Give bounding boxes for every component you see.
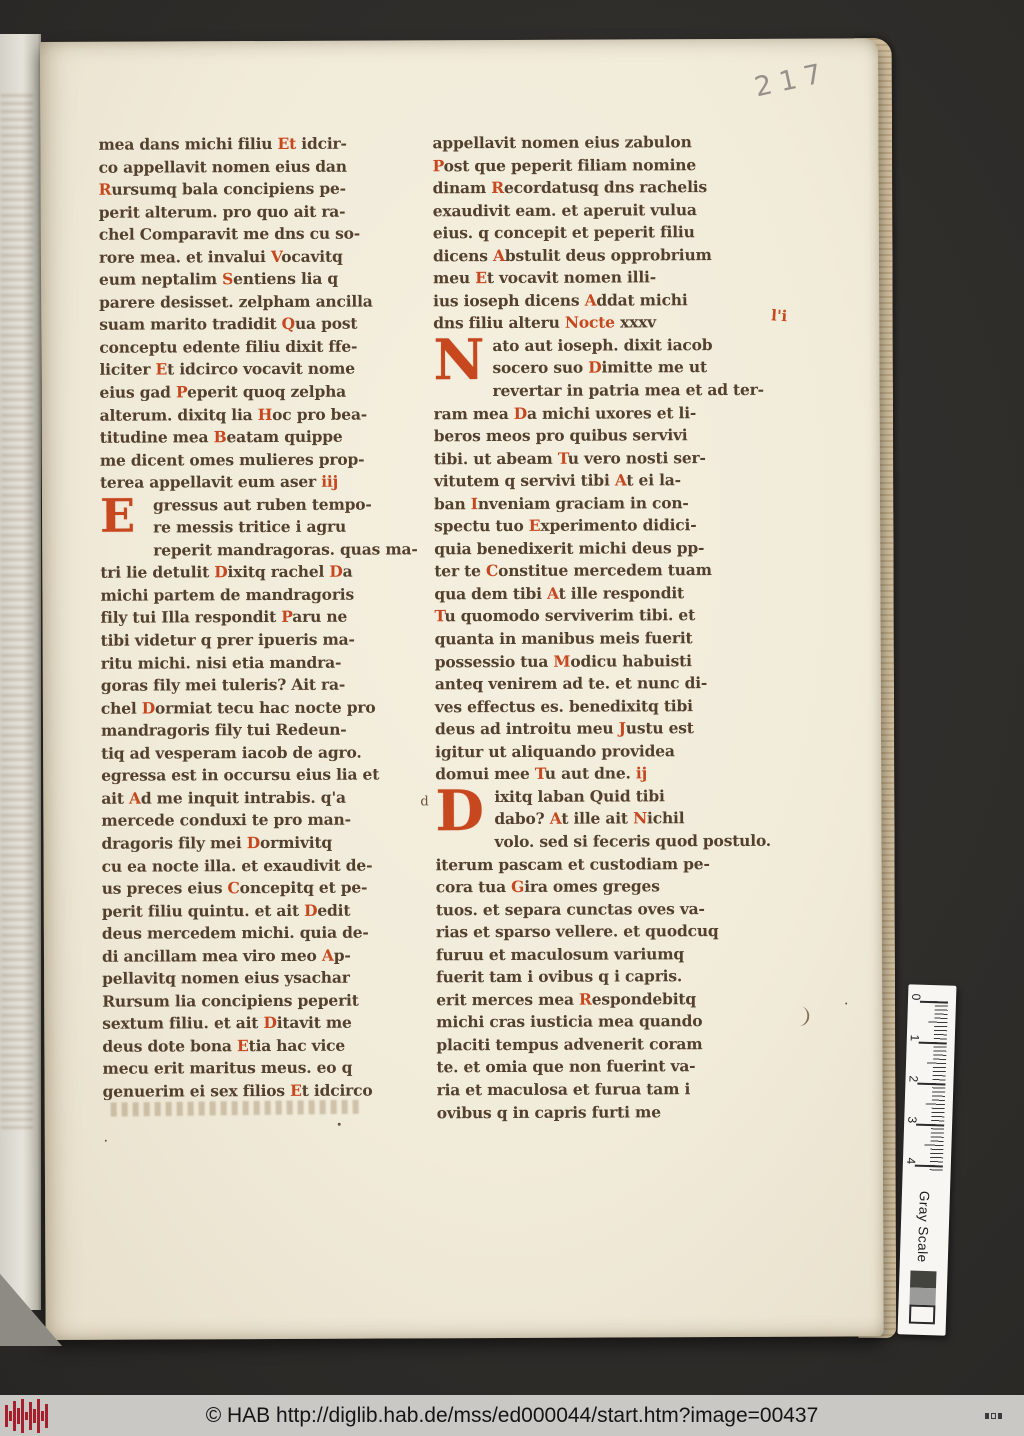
manuscript-line: rore mea. et invalui Vocavitq bbox=[99, 245, 413, 269]
text-block: mea dans michi filiu Et idcir-co appella… bbox=[98, 132, 414, 494]
manuscript-line: rias et sparso vellere. et quodcuq bbox=[436, 920, 772, 944]
manuscript-line: iterum pascam et custodiam pe- bbox=[436, 852, 772, 876]
rubricated-text: A bbox=[493, 246, 505, 265]
manuscript-line: quia benedixerit michi deus pp- bbox=[434, 537, 770, 561]
registration-bar bbox=[45, 1404, 48, 1428]
ruler-tick-number: 0 bbox=[909, 993, 923, 1000]
ink-speck bbox=[338, 1123, 341, 1126]
manuscript-line: dinam Recordatusq dns rachelis bbox=[433, 176, 769, 200]
manuscript-line: erit merces mea Respondebitq bbox=[436, 988, 772, 1012]
manuscript-line: pellavitq nomen eius ysachar bbox=[102, 967, 416, 991]
illuminated-initial: E bbox=[100, 497, 146, 540]
registration-bar bbox=[21, 1399, 24, 1433]
manuscript-line: ovibus q in capris furti me bbox=[437, 1100, 773, 1124]
manuscript-line: perit filiu quintu. et ait Dedit bbox=[102, 899, 416, 923]
registration-bar bbox=[25, 1412, 28, 1420]
rubricated-text: N bbox=[633, 809, 647, 828]
manuscript-line: di ancillam mea viro meo Ap- bbox=[102, 944, 416, 968]
gray-scale-ruler: Gray Scale 01234 bbox=[898, 984, 957, 1335]
rubricated-text: J bbox=[619, 719, 626, 738]
manuscript-line: deus mercedem michi. quia de- bbox=[102, 922, 416, 946]
registration-bar bbox=[41, 1411, 44, 1421]
manuscript-line: michi partem de mandragoris bbox=[100, 583, 414, 607]
rubricated-text: D bbox=[329, 562, 342, 581]
rubricated-text: A bbox=[550, 809, 562, 828]
manuscript-line: tibi. ut abeam Tu vero nosti ser- bbox=[434, 446, 770, 470]
manuscript-line: reperit mandragoras. quas ma- bbox=[100, 538, 414, 562]
manuscript-line: Post que peperit filiam nomine bbox=[432, 153, 768, 177]
text-block: dDixitq laban Quid tibidabo? At ille ait… bbox=[435, 785, 772, 1125]
manuscript-line: ait Ad me inquit intrabis. q'a bbox=[101, 786, 415, 810]
manuscript-line: co appellavit nomen eius dan bbox=[98, 155, 412, 179]
manuscript-line: domui mee Tu aut dne. ij bbox=[435, 762, 771, 786]
left-text-column: mea dans michi filiu Et idcir-co appella… bbox=[98, 132, 416, 1103]
ink-speck bbox=[105, 1140, 107, 1142]
rubricated-text: A bbox=[615, 471, 627, 490]
manuscript-line: ritu michi. nisi etia mandra- bbox=[101, 651, 415, 675]
registration-bar bbox=[37, 1399, 40, 1433]
manuscript-line: ius ioseph dicens Addat michi bbox=[433, 289, 769, 313]
registration-bar bbox=[17, 1408, 20, 1424]
manuscript-line: eum neptalim Sentiens lia q bbox=[99, 268, 413, 292]
rubricated-text: D bbox=[588, 358, 601, 377]
ink-speck bbox=[845, 1002, 847, 1004]
rubricated-text: D bbox=[247, 833, 260, 852]
rubricated-text: iij bbox=[321, 472, 338, 491]
gray-scale-swatch bbox=[909, 1288, 936, 1306]
manuscript-line: te. et omia que non fuerint va- bbox=[436, 1055, 772, 1079]
manuscript-line: igitur ut aliquando providea bbox=[435, 740, 771, 764]
manuscript-line: ban Inveniam graciam in con- bbox=[434, 492, 770, 516]
rubricated-text: Q bbox=[282, 314, 295, 333]
manuscript-line: eius gad Peperit quoq zelpha bbox=[99, 380, 413, 404]
rubricated-text: D bbox=[514, 403, 527, 422]
ruler-tick-number: 3 bbox=[905, 1116, 919, 1123]
manuscript-line: dragoris fily mei Dormivitq bbox=[101, 831, 415, 855]
manuscript-line: cu ea nocte illa. et exaudivit de- bbox=[102, 854, 416, 878]
text-block: Nato aut ioseph. dixit iacobsocero suo D… bbox=[433, 334, 771, 786]
ruler-major-tick bbox=[915, 1165, 943, 1168]
manuscript-line: fuerit tam i ovibus q i capris. bbox=[436, 965, 772, 989]
manuscript-line: ram mea Da michi uxores et li- bbox=[434, 401, 770, 425]
rubricated-text: E bbox=[529, 516, 541, 535]
ruler-major-tick bbox=[919, 1042, 947, 1045]
illuminated-initial: D bbox=[435, 789, 487, 842]
rubricated-text: R bbox=[579, 989, 592, 1008]
rubricated-text: S bbox=[222, 269, 233, 288]
text-block: appellavit nomen eius zabulonPost que pe… bbox=[432, 131, 769, 335]
manuscript-line: ter te Constitue mercedem tuam bbox=[434, 559, 770, 583]
rubricated-text: D bbox=[142, 698, 155, 717]
rubricated-text: R bbox=[491, 178, 504, 197]
manuscript-line: vitutem q servivi tibi At ei la- bbox=[434, 469, 770, 493]
manuscript-line: Rursum lia concipiens peperit bbox=[102, 989, 416, 1013]
manuscript-line: ves effectus es. benedixitq tibi bbox=[435, 694, 771, 718]
manuscript-line: deus ad introitu meu Justu est bbox=[435, 717, 771, 741]
rubricated-text: M bbox=[553, 651, 570, 670]
manuscript-line: quanta in manibus meis fuerit bbox=[435, 627, 771, 651]
manuscript-line: mecu erit maritus meus. eo q bbox=[102, 1057, 416, 1081]
rubricated-text: T bbox=[434, 607, 444, 626]
rubricated-text: A bbox=[322, 945, 334, 964]
guide-letter: d bbox=[420, 791, 428, 814]
manuscript-line: michi cras iusticia mea quando bbox=[436, 1010, 772, 1034]
rubricated-text: C bbox=[227, 878, 239, 897]
manuscript-line: egressa est in occursu eius lia et bbox=[101, 764, 415, 788]
manuscript-line: parere desisset. zelpham ancilla bbox=[99, 290, 413, 314]
manuscript-line: qua dem tibi At ille respondit bbox=[434, 582, 770, 606]
rubricated-text: C bbox=[486, 561, 498, 580]
manuscript-line: chel Comparavit me dns cu so- bbox=[99, 223, 413, 247]
folio-number-pencil: 217 bbox=[752, 57, 832, 103]
facing-page-bleedthrough-text bbox=[1, 94, 33, 1134]
manuscript-line: possessio tua Modicu habuisti bbox=[435, 649, 771, 673]
manuscript-line: conceptu edente filiu dixit ffe- bbox=[99, 335, 413, 359]
manuscript-line: mercede conduxi te pro man- bbox=[101, 809, 415, 833]
manuscript-line: tuos. et separa cunctas oves va- bbox=[436, 897, 772, 921]
rubricated-text: D bbox=[214, 563, 227, 582]
rubricated-text: T bbox=[558, 448, 568, 467]
manuscript-line: genuerim ei sex filios Et idcirco bbox=[103, 1079, 417, 1103]
copyright-url-text: © HAB http://diglib.hab.de/mss/ed000044/… bbox=[206, 1404, 819, 1428]
rubricated-text: A bbox=[547, 584, 559, 603]
digitized-manuscript-photo: 217 mea dans michi filiu Et idcir-co app… bbox=[0, 0, 1024, 1436]
registration-mark-icon bbox=[5, 1395, 48, 1436]
manuscript-line: tri lie detulit Dixitq rachel Da bbox=[100, 561, 414, 585]
rubricated-text: D bbox=[263, 1013, 276, 1032]
manuscript-line: placiti tempus advenerit coram bbox=[436, 1033, 772, 1057]
manuscript-line: Rursumq bala concipiens pe- bbox=[99, 177, 413, 201]
erased-text-trace bbox=[111, 1100, 363, 1117]
manuscript-line: sextum filiu. et ait Ditavit me bbox=[102, 1012, 416, 1036]
manuscript-line: alterum. dixitq lia Hoc pro bea- bbox=[100, 403, 414, 427]
printer-mark-dot bbox=[991, 1413, 996, 1419]
rubricated-text: T bbox=[535, 764, 545, 783]
printer-mark-dot bbox=[985, 1413, 989, 1419]
ruler-major-tick bbox=[917, 1083, 945, 1086]
manuscript-line: ria et maculosa et furua tam i bbox=[437, 1078, 773, 1102]
registration-bar bbox=[5, 1405, 8, 1427]
manuscript-line: fily tui Illa respondit Paru ne bbox=[100, 606, 414, 630]
rubricated-text: Nocte bbox=[565, 313, 615, 332]
ruler-major-tick bbox=[916, 1124, 944, 1127]
facing-page-sliver bbox=[0, 34, 41, 1310]
manuscript-page: 217 mea dans michi filiu Et idcir-co app… bbox=[40, 38, 884, 1340]
ruler-tick-number: 4 bbox=[904, 1157, 918, 1164]
manuscript-line: goras fily mei tuleris? Ait ra- bbox=[101, 673, 415, 697]
manuscript-line: perit alterum. pro quo ait ra- bbox=[99, 200, 413, 224]
manuscript-line: appellavit nomen eius zabulon bbox=[432, 131, 768, 155]
manuscript-line: gressus aut ruben tempo- bbox=[100, 493, 414, 517]
manuscript-line: anteq venirem ad te. et nunc di- bbox=[435, 672, 771, 696]
manuscript-line: eius. q concepit et peperit filiu bbox=[433, 221, 769, 245]
gray-scale-swatch bbox=[910, 1271, 937, 1289]
manuscript-line: terea appellavit eum aser iij bbox=[100, 471, 414, 495]
manuscript-line: mandragoris fily tui Redeun- bbox=[101, 719, 415, 743]
manuscript-line: us preces eius Concepitq et pe- bbox=[102, 876, 416, 900]
rubricated-text: G bbox=[511, 877, 524, 896]
manuscript-line: tibi videtur q prer ipueris ma- bbox=[101, 628, 415, 652]
illuminated-initial: N bbox=[433, 338, 485, 391]
rubricated-text: A bbox=[585, 290, 597, 309]
registration-bar bbox=[33, 1409, 36, 1423]
manuscript-line: Tu quomodo serviverim tibi. et bbox=[434, 604, 770, 628]
printer-mark-icon bbox=[985, 1413, 1002, 1419]
margin-chapter-note: l'i bbox=[771, 306, 788, 325]
rubricated-text: R bbox=[99, 180, 112, 199]
footer-bar: © HAB http://diglib.hab.de/mss/ed000044/… bbox=[0, 1395, 1024, 1436]
manuscript-line: cora tua Gira omes greges bbox=[436, 875, 772, 899]
ruler-major-tick bbox=[920, 1001, 948, 1004]
pen-mark bbox=[796, 1006, 811, 1027]
rubricated-text: Et bbox=[277, 134, 296, 153]
manuscript-line: deus dote bona Etia hac vice bbox=[102, 1034, 416, 1058]
manuscript-line: re messis tritice i agru bbox=[100, 516, 414, 540]
right-text-column: appellavit nomen eius zabulonPost que pe… bbox=[432, 131, 772, 1125]
manuscript-line: exaudivit eam. et aperuit vulua bbox=[433, 198, 769, 222]
ruler-tick-number: 2 bbox=[906, 1075, 920, 1082]
rubricated-text: H bbox=[258, 405, 273, 424]
rubricated-text: E bbox=[290, 1081, 302, 1100]
manuscript-line: meu Et vocavit nomen illi- bbox=[433, 266, 769, 290]
registration-bar bbox=[9, 1411, 12, 1421]
registration-bar bbox=[29, 1402, 32, 1430]
printer-mark-dot bbox=[998, 1413, 1002, 1419]
rubricated-text: A bbox=[129, 788, 141, 807]
ruler-label: Gray Scale bbox=[915, 1191, 932, 1263]
rubricated-text: P bbox=[281, 607, 292, 626]
rubricated-text: ij bbox=[636, 764, 647, 783]
rubricated-text: P bbox=[433, 156, 444, 175]
manuscript-line: liciter Et idcirco vocavit nome bbox=[99, 358, 413, 382]
rubricated-text: E bbox=[475, 268, 487, 287]
manuscript-line: dicens Abstulit deus opprobrium bbox=[433, 244, 769, 268]
rubricated-text: E bbox=[155, 360, 167, 379]
rubricated-text: I bbox=[471, 494, 478, 513]
manuscript-line: spectu tuo Experimento didici- bbox=[434, 514, 770, 538]
rubricated-text: B bbox=[214, 427, 227, 446]
registration-bar bbox=[13, 1401, 16, 1431]
manuscript-line: beros meos pro quibus servivi bbox=[434, 424, 770, 448]
text-block: Egressus aut ruben tempo-re messis triti… bbox=[100, 493, 417, 1103]
rubricated-text: V bbox=[271, 247, 281, 266]
manuscript-line: titudine mea Beatam quippe bbox=[100, 425, 414, 449]
manuscript-line: chel Dormiat tecu hac nocte pro bbox=[101, 696, 415, 720]
manuscript-line: me dicent omes mulieres prop- bbox=[100, 448, 414, 472]
gray-scale-swatch bbox=[909, 1305, 936, 1325]
rubricated-text: P bbox=[176, 382, 187, 401]
rubricated-text: D bbox=[304, 900, 317, 919]
manuscript-line: suam marito tradidit Qua post bbox=[99, 313, 413, 337]
manuscript-line: tiq ad vesperam iacob de agro. bbox=[101, 741, 415, 765]
rubricated-text: E bbox=[237, 1036, 249, 1055]
manuscript-line: mea dans michi filiu Et idcir- bbox=[98, 132, 412, 156]
ruler-tick-number: 1 bbox=[908, 1034, 922, 1041]
manuscript-line: furuu et maculosum variumq bbox=[436, 943, 772, 967]
